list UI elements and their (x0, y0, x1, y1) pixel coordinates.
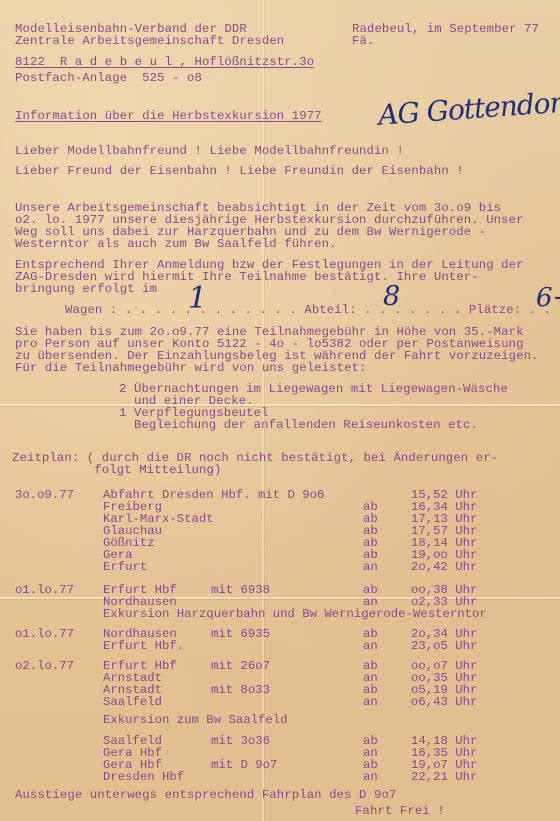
schedule-time: o6,43 Uhr (411, 696, 477, 709)
place-date: Radebeul, im September 77 (352, 23, 539, 36)
footer-note: Ausstiege unterwegs entsprechend Fahrpla… (15, 789, 396, 802)
schedule-direction: an (363, 771, 378, 784)
document-page: Modelleisenbahn-Verband der DDR Zentrale… (0, 0, 560, 821)
schedule-station: Saalfeld (103, 696, 162, 709)
schedule-row: Exkursion Harzquerbahn und Bw Wernigerod… (0, 608, 560, 621)
schedule-direction: an (363, 561, 378, 574)
schedule-row: Erfurt Hbf.an23,o5 Uhr (0, 640, 560, 653)
body-line: bringung erfolgt im (15, 283, 157, 296)
service-item: Begleichung der anfallenden Reiseunkoste… (119, 419, 478, 432)
schedule-time: 22,21 Uhr (411, 771, 477, 784)
letterhead-group: Zentrale Arbeitsgemeinschaft Dresden (15, 35, 284, 48)
schedule-date: 3o.o9.77 (15, 489, 74, 502)
schedule-time: 23,o5 Uhr (411, 640, 477, 653)
handwritten-wagen: 1 (188, 281, 207, 316)
schedule-station: Exkursion zum Bw Saalfeld (103, 714, 287, 727)
letterhead-postfach: Postfach-Anlage 525 - o8 (15, 72, 202, 85)
schedule-date: o1.lo.77 (15, 628, 74, 641)
schedule-station: Exkursion Harzquerbahn und Bw Wernigerod… (103, 608, 487, 621)
handwritten-abteil: 8 (383, 281, 400, 312)
schedule-train: mit 26o7 (211, 660, 270, 673)
schedule-train: mit D 9o7 (211, 759, 277, 772)
schedule-station: Dresden Hbf (103, 771, 184, 784)
salutation-line: Lieber Modellbahnfreund ! Liebe Modellba… (15, 145, 404, 158)
schedule-direction: an (363, 640, 378, 653)
handwritten-note: AG Gottendorf (377, 85, 560, 131)
schedule-intro: folgt Mitteilung) (12, 464, 221, 477)
schedule-train: mit 3o36 (211, 735, 270, 748)
schedule-row: Saalfeldano6,43 Uhr (0, 696, 560, 709)
schedule-station: Erfurt (103, 561, 147, 574)
schedule-date: o2.lo.77 (15, 660, 74, 673)
accommodation-line: Wagen : . . . . . . . . . . . . Abteil: … (65, 304, 551, 317)
body-line: Für die Teilnahmegebühr wird von uns gel… (15, 362, 367, 375)
schedule-train: mit 6935 (211, 628, 270, 641)
schedule-train: mit 8o33 (211, 684, 270, 697)
paper-fold (0, 404, 560, 406)
schedule-row: Exkursion zum Bw Saalfeld (0, 714, 560, 727)
handwritten-plaetze: 6+ (536, 283, 560, 313)
schedule-direction: an (363, 696, 378, 709)
author-initials: Fä. (352, 35, 374, 48)
schedule-time: 2o,42 Uhr (411, 561, 477, 574)
schedule-station: Erfurt Hbf. (103, 640, 184, 653)
schedule-train: mit 6938 (211, 584, 270, 597)
closing-greeting: Fahrt Frei ! (355, 805, 445, 818)
schedule-row: Erfurtan2o,42 Uhr (0, 561, 560, 574)
salutation-line: Lieber Freund der Eisenbahn ! Liebe Freu… (15, 165, 464, 178)
letterhead-address: 8122 R a d e b e u l , Hoflößnitzstr.3o (15, 56, 314, 69)
body-line: Westerntor als auch zum Bw Saalfeld führ… (15, 238, 337, 251)
schedule-row: Dresden Hbfan22,21 Uhr (0, 771, 560, 784)
subject-line: Information über die Herbstexkursion 197… (15, 110, 322, 123)
schedule-date: o1.lo.77 (15, 584, 74, 597)
